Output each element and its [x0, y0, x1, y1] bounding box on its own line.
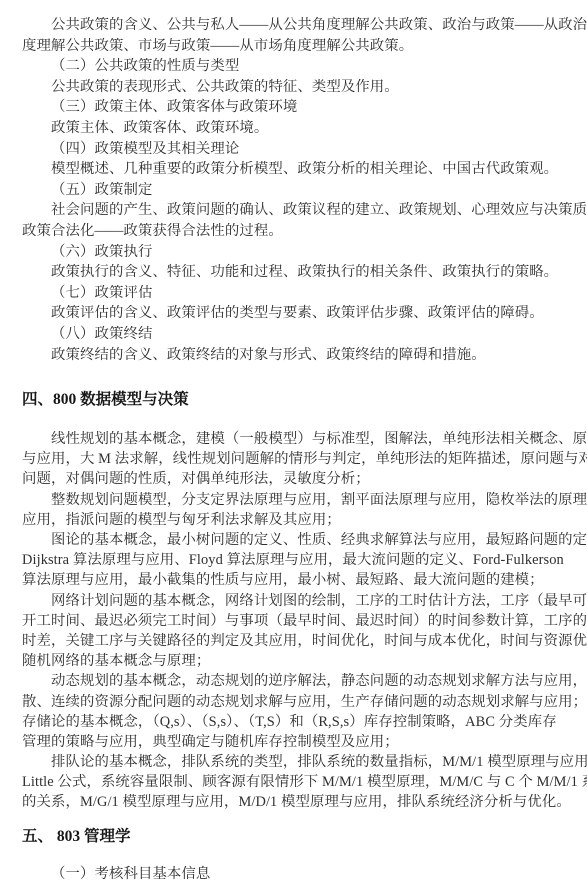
- text-line: Dijkstra 算法原理与应用、Floyd 算法原理与应用，最大流问题的定义、…: [22, 550, 567, 570]
- text-line: 政策终结的含义、政策终结的对象与形式、政策终结的障碍和措施。: [22, 345, 567, 366]
- text-line: 网络计划问题的基本概念，网络计划图的绘制，工序的工时估计方法，工序（最早可能: [22, 591, 567, 611]
- data-models-section: 线性规划的基本概念，建模（一般模型）与标准型，图解法，单纯形法相关概念、原理 与…: [22, 429, 567, 813]
- section-heading-803-management: 五、 803 管理学: [22, 827, 567, 847]
- text-line: 政策合法化——政策获得合法性的过程。: [22, 221, 567, 242]
- text-line: 政策主体、政策客体、政策环境。: [22, 118, 567, 139]
- document-page: 公共政策的含义、公共与私人——从公共角度理解公共政策、政治与政策——从政治角 度…: [0, 0, 587, 886]
- text-line: 线性规划的基本概念，建模（一般模型）与标准型，图解法，单纯形法相关概念、原理: [22, 429, 567, 449]
- text-line: （二）公共政策的性质与类型: [22, 56, 567, 77]
- text-line: 图论的基本概念，最小树问题的定义、性质、经典求解算法与应用，最短路问题的定义、: [22, 530, 567, 550]
- text-line: 散、连续的资源分配问题的动态规划求解与应用，生产存储问题的动态规划求解与应用；: [22, 692, 567, 712]
- text-line: 整数规划问题模型，分支定界法原理与应用，割平面法原理与应用，隐枚举法的原理与: [22, 490, 567, 510]
- text-line: （七）政策评估: [22, 283, 567, 304]
- text-line: 排队论的基本概念，排队系统的类型，排队系统的数量指标，M/M/1 模型原理与应用…: [22, 752, 567, 772]
- text-line: 动态规划的基本概念，动态规划的逆序解法，静态问题的动态规划求解方法与应用，离: [22, 671, 567, 691]
- text-line: （八）政策终结: [22, 324, 567, 345]
- text-line: 社会问题的产生、政策问题的确认、政策议程的建立、政策规划、心理效应与决策质量、: [22, 200, 567, 221]
- text-line: 问题，对偶问题的性质，对偶单纯形法，灵敏度分析；: [22, 469, 567, 489]
- text-line: 时差，关键工序与关键路径的判定及其应用，时间优化，时间与成本优化，时间与资源优化…: [22, 631, 567, 651]
- text-line: 随机网络的基本概念与原理；: [22, 651, 567, 671]
- section-heading-800-data-models: 四、800 数据模型与决策: [22, 390, 567, 410]
- text-line: 公共政策的表现形式、公共政策的特征、类型及作用。: [22, 77, 567, 98]
- text-line: 公共政策的含义、公共与私人——从公共角度理解公共政策、政治与政策——从政治角: [22, 15, 567, 36]
- exam-info-line: （一）考核科目基本信息: [22, 864, 567, 885]
- text-line: （五）政策制定: [22, 180, 567, 201]
- text-line: 模型概述、几种重要的政策分析模型、政策分析的相关理论、中国古代政策观。: [22, 159, 567, 180]
- text-line: 存储论的基本概念，（Q,s）、（S,s）、（T,S）和（R,S,s）库存控制策略…: [22, 712, 567, 732]
- text-line: 与应用，大 M 法求解，线性规划问题解的情形与判定，单纯形法的矩阵描述，原问题与…: [22, 449, 567, 469]
- text-line: 应用，指派问题的模型与匈牙利法求解及其应用；: [22, 510, 567, 530]
- text-line: 的关系，M/G/1 模型原理与应用，M/D/1 模型原理与应用，排队系统经济分析…: [22, 792, 567, 812]
- public-policy-section: 公共政策的含义、公共与私人——从公共角度理解公共政策、政治与政策——从政治角 度…: [22, 15, 567, 365]
- text-line: 度理解公共政策、市场与政策——从市场角度理解公共政策。: [22, 36, 567, 57]
- text-line: 算法原理与应用，最小截集的性质与应用，最小树、最短路、最大流问题的建模；: [22, 570, 567, 590]
- text-line: 开工时间、最迟必须完工时间）与事项（最早时间、最迟时间）的时间参数计算，工序的总: [22, 611, 567, 631]
- text-line: （六）政策执行: [22, 242, 567, 263]
- text-line: Little 公式，系统容量限制、顾客源有限情形下 M/M/1 模型原理，M/M…: [22, 772, 567, 792]
- text-line: 管理的策略与应用，典型确定与随机库存控制模型及应用；: [22, 732, 567, 752]
- text-line: （三）政策主体、政策客体与政策环境: [22, 97, 567, 118]
- text-line: 政策评估的含义、政策评估的类型与要素、政策评估步骤、政策评估的障碍。: [22, 303, 567, 324]
- text-line: （四）政策模型及其相关理论: [22, 139, 567, 160]
- text-line: 政策执行的含义、特征、功能和过程、政策执行的相关条件、政策执行的策略。: [22, 262, 567, 283]
